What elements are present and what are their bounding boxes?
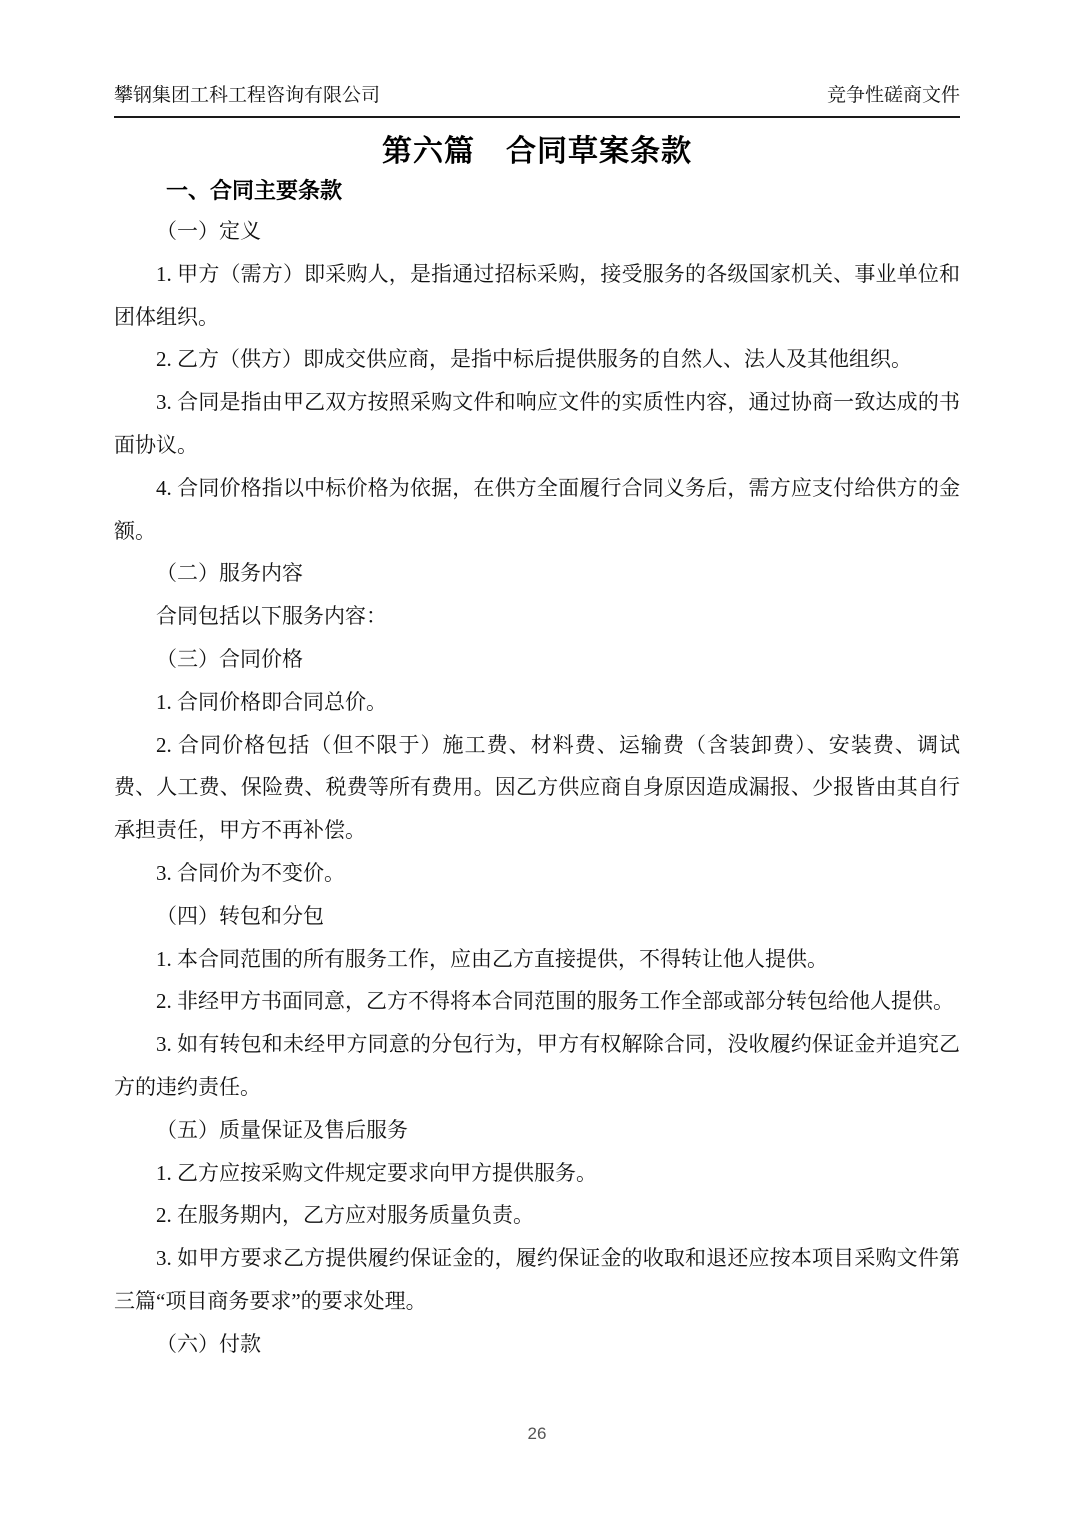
page-title: 第六篇 合同草案条款 — [114, 132, 960, 172]
paragraph: 3. 合同是指由甲乙双方按照采购文件和响应文件的实质性内容，通过协商一致达成的书… — [114, 381, 960, 467]
paragraph: 3. 合同价为不变价。 — [114, 852, 960, 895]
paragraph: 1. 乙方应按采购文件规定要求向甲方提供服务。 — [114, 1152, 960, 1195]
paragraph: 2. 在服务期内，乙方应对服务质量负责。 — [114, 1194, 960, 1237]
paragraph-sub-service-content: （二）服务内容 — [114, 552, 960, 595]
header-company-name: 攀钢集团工科工程咨询有限公司 — [114, 84, 380, 108]
paragraph-sub-subcontracting: （四）转包和分包 — [114, 895, 960, 938]
header-document-type: 竞争性磋商文件 — [827, 84, 960, 108]
paragraph-sub-definition: （一）定义 — [114, 210, 960, 253]
page-header: 攀钢集团工科工程咨询有限公司 竞争性磋商文件 — [114, 0, 960, 108]
paragraph: 4. 合同价格指以中标价格为依据，在供方全面履行合同义务后，需方应支付给供方的金… — [114, 467, 960, 553]
page-number: 26 — [528, 1424, 547, 1443]
section-heading: 一、合同主要条款 — [114, 176, 960, 206]
paragraph: 3. 如有转包和未经甲方同意的分包行为，甲方有权解除合同，没收履约保证金并追究乙… — [114, 1023, 960, 1109]
paragraph: 3. 如甲方要求乙方提供履约保证金的，履约保证金的收取和退还应按本项目采购文件第… — [114, 1237, 960, 1323]
paragraph: 2. 乙方（供方）即成交供应商，是指中标后提供服务的自然人、法人及其他组织。 — [114, 338, 960, 381]
paragraph: 2. 非经甲方书面同意，乙方不得将本合同范围的服务工作全部或部分转包给他人提供。 — [114, 980, 960, 1023]
paragraph-sub-contract-price: （三）合同价格 — [114, 638, 960, 681]
header-divider-rule — [114, 116, 960, 118]
paragraph: 合同包括以下服务内容： — [114, 595, 960, 638]
paragraph: 1. 本合同范围的所有服务工作，应由乙方直接提供，不得转让他人提供。 — [114, 938, 960, 981]
document-body: （一）定义 1. 甲方（需方）即采购人，是指通过招标采购，接受服务的各级国家机关… — [114, 210, 960, 1366]
page-footer: 26 — [0, 1424, 1074, 1444]
paragraph-sub-quality-assurance: （五）质量保证及售后服务 — [114, 1109, 960, 1152]
paragraph-sub-payment: （六）付款 — [114, 1323, 960, 1366]
paragraph: 1. 甲方（需方）即采购人，是指通过招标采购，接受服务的各级国家机关、事业单位和… — [114, 253, 960, 339]
document-page: 攀钢集团工科工程咨询有限公司 竞争性磋商文件 第六篇 合同草案条款 一、合同主要… — [0, 0, 1074, 1520]
paragraph: 2. 合同价格包括（但不限于）施工费、材料费、运输费（含装卸费）、安装费、调试费… — [114, 724, 960, 852]
paragraph: 1. 合同价格即合同总价。 — [114, 681, 960, 724]
